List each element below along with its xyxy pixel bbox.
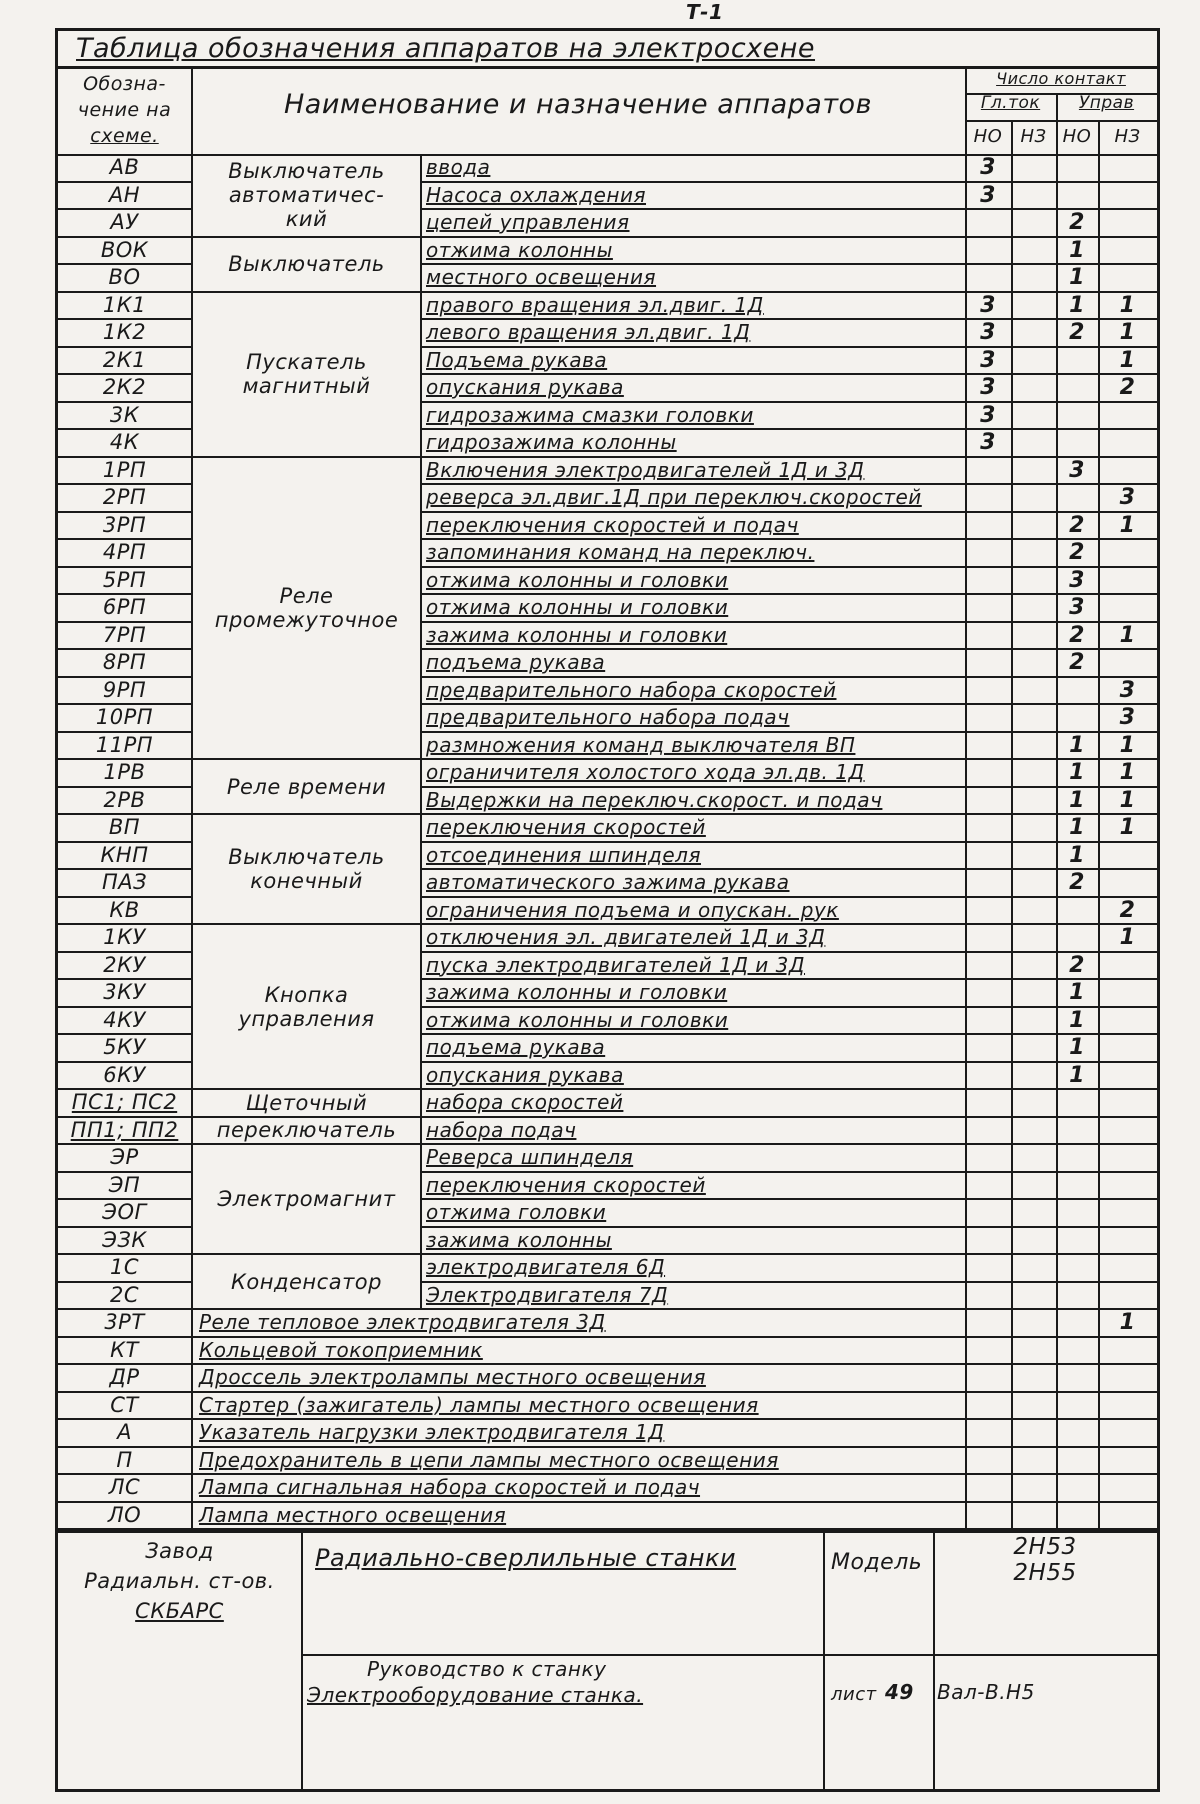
header-contact-type: НО [1056, 121, 1098, 153]
device-group-line: Щеточный [246, 1091, 367, 1115]
device-code: АУ [58, 209, 191, 237]
contact-count: 2 [1056, 649, 1098, 677]
contact-count [1056, 374, 1098, 402]
contact-count [1056, 1089, 1098, 1117]
contact-count [1056, 1117, 1098, 1145]
contact-count [1011, 1364, 1056, 1392]
contact-count [1098, 1117, 1157, 1145]
divider [191, 923, 420, 925]
device-code: ВОК [58, 237, 191, 265]
contact-count: 1 [1056, 1007, 1098, 1035]
contact-count [1098, 1199, 1157, 1227]
contact-count [1098, 1172, 1157, 1200]
divider [58, 1530, 1157, 1533]
divider [191, 813, 420, 815]
device-code: ПС1; ПС2 [58, 1089, 191, 1117]
device-group-line: Кнопка [265, 983, 349, 1007]
contact-count [965, 1502, 1011, 1530]
device-purpose: левого вращения эл.двиг. 1Д [422, 319, 965, 347]
device-group-name: Конденсатор [193, 1254, 420, 1309]
contact-count [965, 1419, 1011, 1447]
product-title: Радиально-сверлильные станки [315, 1544, 817, 1572]
device-group-line: Реле [280, 584, 334, 608]
divider [1098, 120, 1100, 154]
device-description: Реле тепловое электродвигателя 3Д [193, 1309, 965, 1337]
divider [301, 1530, 303, 1789]
contact-count: 3 [965, 182, 1011, 210]
contact-count [1011, 1144, 1056, 1172]
device-purpose: предварительного набора скоростей [422, 677, 965, 705]
device-description: Лампа местного освещения [193, 1502, 965, 1530]
contact-count [965, 842, 1011, 870]
contact-count [965, 1392, 1011, 1420]
device-purpose: Выдержки на переключ.скорост. и подач [422, 787, 965, 815]
contact-count: 1 [1056, 1062, 1098, 1090]
contact-count [965, 704, 1011, 732]
device-purpose: ограничителя холостого хода эл.дв. 1Д [422, 759, 965, 787]
contact-count [965, 1254, 1011, 1282]
contact-count [965, 512, 1011, 540]
device-group-line: Реле времени [227, 775, 386, 799]
contact-count [965, 759, 1011, 787]
contact-count [965, 732, 1011, 760]
contact-count [1056, 1419, 1098, 1447]
contact-count [1011, 264, 1056, 292]
device-code: КТ [58, 1337, 191, 1365]
divider [965, 93, 1157, 95]
apparatus-table: Таблица обозначения аппаратов на электро… [55, 28, 1160, 1792]
contact-count [965, 1117, 1011, 1145]
contact-count [1011, 1392, 1056, 1420]
contact-count [965, 539, 1011, 567]
divider [191, 1143, 420, 1145]
device-purpose: зажима колонны [422, 1227, 965, 1255]
contact-count: 1 [1056, 979, 1098, 1007]
contact-count [1011, 897, 1056, 925]
device-code: 11РП [58, 732, 191, 760]
device-purpose: отжима колонны и головки [422, 1007, 965, 1035]
device-purpose: электродвигателя 6Д [422, 1254, 965, 1282]
header-contacts-group: Число контакт [965, 69, 1157, 93]
contact-count [965, 814, 1011, 842]
contact-count: 1 [1056, 1034, 1098, 1062]
contact-count [965, 622, 1011, 650]
device-purpose: запоминания команд на переключ. [422, 539, 965, 567]
contact-count: 1 [1056, 787, 1098, 815]
device-purpose: отжима головки [422, 1199, 965, 1227]
contact-count [965, 1199, 1011, 1227]
contact-count: 2 [1056, 209, 1098, 237]
contact-count [1011, 319, 1056, 347]
contact-count [965, 1062, 1011, 1090]
contact-count: 3 [1056, 594, 1098, 622]
contact-count [1056, 1337, 1098, 1365]
contact-count: 3 [1056, 457, 1098, 485]
device-group-name: Выключательавтоматичес-кий [193, 154, 420, 237]
device-description: Дроссель электролампы местного освещения [193, 1364, 965, 1392]
device-purpose: цепей управления [422, 209, 965, 237]
model-number: 2Н53 [933, 1534, 1157, 1560]
contact-count [1098, 567, 1157, 595]
contact-count: 1 [1098, 512, 1157, 540]
device-purpose: ограничения подъема и опускан. рук [422, 897, 965, 925]
device-code: ПАЗ [58, 869, 191, 897]
contact-count [1056, 924, 1098, 952]
contact-count: 2 [1056, 869, 1098, 897]
device-purpose: правого вращения эл.двиг. 1Д [422, 292, 965, 320]
device-purpose: переключения скоростей и подач [422, 512, 965, 540]
contact-count [1011, 1254, 1056, 1282]
contact-count [1011, 237, 1056, 265]
device-code: А [58, 1419, 191, 1447]
device-group-line: управления [238, 1007, 374, 1031]
contact-count: 3 [965, 402, 1011, 430]
contact-count [1011, 1474, 1056, 1502]
plant-line: Завод [58, 1536, 301, 1566]
contact-count [1011, 402, 1056, 430]
contact-count: 3 [965, 292, 1011, 320]
model-label: Модель [831, 1550, 922, 1575]
contact-count [1011, 1034, 1056, 1062]
contact-count: 1 [1056, 237, 1098, 265]
contact-count [1098, 842, 1157, 870]
contact-count [965, 1034, 1011, 1062]
device-code: 2РП [58, 484, 191, 512]
contact-count: 3 [965, 154, 1011, 182]
contact-count [965, 1447, 1011, 1475]
contact-count [1098, 1447, 1157, 1475]
device-group-name: Электромагнит [193, 1144, 420, 1254]
contact-count [1011, 512, 1056, 540]
device-code: СТ [58, 1392, 191, 1420]
contact-count [1098, 1007, 1157, 1035]
contact-count [1056, 347, 1098, 375]
contact-count [1056, 1199, 1098, 1227]
contact-count [1098, 1364, 1157, 1392]
contact-count [1011, 1007, 1056, 1035]
contact-count [965, 1474, 1011, 1502]
device-purpose: местного освещения [422, 264, 965, 292]
contact-count [965, 1227, 1011, 1255]
contact-count: 2 [1056, 512, 1098, 540]
device-group-line: Пускатель [246, 350, 367, 374]
header-contact-type: НО [965, 121, 1011, 153]
contact-count [965, 1007, 1011, 1035]
divider [965, 69, 967, 154]
header-contact-type: НЗ [1011, 121, 1056, 153]
device-group-name: Реле времени [193, 759, 420, 814]
contact-count [1011, 484, 1056, 512]
contact-count [1098, 429, 1157, 457]
device-purpose: отключения эл. двигателей 1Д и 3Д [422, 924, 965, 952]
contact-count: 1 [1098, 759, 1157, 787]
table-title: Таблица обозначения аппаратов на электро… [58, 31, 1157, 69]
contact-count [1056, 677, 1098, 705]
contact-count [1011, 1337, 1056, 1365]
contact-count: 1 [1098, 924, 1157, 952]
sheet-mark: Т-1 [686, 0, 723, 24]
contact-count [965, 869, 1011, 897]
contact-count [965, 677, 1011, 705]
contact-count [1056, 182, 1098, 210]
contact-count: 1 [1056, 759, 1098, 787]
device-code: 5КУ [58, 1034, 191, 1062]
device-code: ЛО [58, 1502, 191, 1530]
contact-count: 3 [965, 319, 1011, 347]
device-code: ЭП [58, 1172, 191, 1200]
device-code: 3РТ [58, 1309, 191, 1337]
contact-count [1056, 897, 1098, 925]
device-group-line: кий [286, 207, 327, 231]
contact-count [1098, 209, 1157, 237]
contact-count [1011, 979, 1056, 1007]
device-code: 2С [58, 1282, 191, 1310]
contact-count [1056, 1282, 1098, 1310]
contact-count [1011, 1227, 1056, 1255]
contact-count [965, 237, 1011, 265]
device-purpose: набора скоростей [422, 1089, 965, 1117]
contact-count [1056, 1392, 1098, 1420]
contact-count [1098, 1034, 1157, 1062]
contact-count [1098, 952, 1157, 980]
contact-count: 1 [1056, 264, 1098, 292]
contact-count [1011, 704, 1056, 732]
device-code: 1КУ [58, 924, 191, 952]
device-code: ЭОГ [58, 1199, 191, 1227]
contact-count: 3 [1098, 484, 1157, 512]
device-group-line: промежуточное [215, 608, 399, 632]
divider [191, 1253, 420, 1255]
contact-count: 1 [1098, 787, 1157, 815]
device-group-line: магнитный [243, 374, 371, 398]
contact-count: 2 [1098, 374, 1157, 402]
contact-count [1098, 264, 1157, 292]
device-code: 8РП [58, 649, 191, 677]
contact-count [965, 209, 1011, 237]
contact-count [1098, 1089, 1157, 1117]
header-code-line: схеме. [58, 123, 191, 149]
device-group-line: Электромагнит [218, 1187, 396, 1211]
device-code: 6КУ [58, 1062, 191, 1090]
contact-count [1011, 814, 1056, 842]
contact-count [965, 787, 1011, 815]
contact-count: 1 [1098, 622, 1157, 650]
device-group-line: Выключатель [228, 159, 385, 183]
contact-count [1056, 1172, 1098, 1200]
contact-count: 1 [1098, 319, 1157, 347]
contact-count [1098, 402, 1157, 430]
header-contact-type: НЗ [1098, 121, 1157, 153]
plant-name: ЗаводРадиальн. ст-ов.СКБАРС [58, 1536, 301, 1626]
device-purpose: отжима колонны и головки [422, 594, 965, 622]
device-code: 5РП [58, 567, 191, 595]
contact-count [1098, 457, 1157, 485]
device-purpose: автоматического зажима рукава [422, 869, 965, 897]
device-purpose: зажима колонны и головки [422, 979, 965, 1007]
contact-count [1056, 1309, 1098, 1337]
divider [1056, 93, 1058, 154]
contact-count [1098, 1227, 1157, 1255]
contact-count [1056, 1502, 1098, 1530]
header-code-line: Обозна- [58, 71, 191, 97]
device-group-name: Кнопкауправления [193, 924, 420, 1089]
manual-line: Руководство к станку [307, 1656, 819, 1682]
device-description: Кольцевой токоприемник [193, 1337, 965, 1365]
contact-count [1098, 1474, 1157, 1502]
contact-count [1011, 1502, 1056, 1530]
device-purpose: отжима колонны [422, 237, 965, 265]
contact-count [1011, 1089, 1056, 1117]
contact-count [965, 924, 1011, 952]
contact-count [1011, 539, 1056, 567]
header-main-circuit: Гл.ток [965, 93, 1056, 119]
contact-count: 2 [1056, 952, 1098, 980]
device-code: 2КУ [58, 952, 191, 980]
contact-count [1098, 979, 1157, 1007]
contact-count [1011, 787, 1056, 815]
contact-count [1011, 649, 1056, 677]
contact-count [1098, 1144, 1157, 1172]
contact-count [965, 1282, 1011, 1310]
divider [191, 456, 420, 458]
device-purpose: пуска электродвигателей 1Д и 3Д [422, 952, 965, 980]
sheet-number: 49 [885, 1680, 914, 1704]
divider [191, 69, 193, 154]
device-code: 3РП [58, 512, 191, 540]
contact-count [1098, 1392, 1157, 1420]
contact-count [1011, 429, 1056, 457]
device-code: 2К2 [58, 374, 191, 402]
device-group-name: Релепромежуточное [193, 457, 420, 760]
device-purpose: Насоса охлаждения [422, 182, 965, 210]
plant-line: СКБАРС [58, 1596, 301, 1626]
device-code: 3КУ [58, 979, 191, 1007]
contact-count [965, 484, 1011, 512]
contact-count [1098, 649, 1157, 677]
contact-count [1011, 759, 1056, 787]
contact-count: 1 [1056, 292, 1098, 320]
device-group-line: конечный [250, 869, 363, 893]
contact-count [1011, 567, 1056, 595]
contact-count [1011, 869, 1056, 897]
manual-title: Руководство к станкуЭлектрооборудование … [307, 1656, 819, 1708]
contact-count: 3 [1098, 677, 1157, 705]
contact-count [1098, 1254, 1157, 1282]
device-code: 9РП [58, 677, 191, 705]
contact-count [965, 264, 1011, 292]
contact-count [1011, 1117, 1056, 1145]
contact-count: 1 [1098, 292, 1157, 320]
device-code: 4РП [58, 539, 191, 567]
contact-count [1011, 1062, 1056, 1090]
contact-count [1011, 677, 1056, 705]
contact-count [1098, 1062, 1157, 1090]
device-group-name: переключатель [193, 1117, 420, 1145]
contact-count [1011, 1282, 1056, 1310]
device-purpose: Подъема рукава [422, 347, 965, 375]
contact-count [965, 1364, 1011, 1392]
device-code: 4К [58, 429, 191, 457]
header-code-line: чение на [58, 97, 191, 123]
device-purpose: подъема рукава [422, 1034, 965, 1062]
device-group-line: Выключатель [228, 252, 385, 276]
device-purpose: реверса эл.двиг.1Д при переключ.скоросте… [422, 484, 965, 512]
contact-count [1098, 1502, 1157, 1530]
device-description: Предохранитель в цепи лампы местного осв… [193, 1447, 965, 1475]
contact-count: 1 [1098, 814, 1157, 842]
contact-count [1098, 154, 1157, 182]
contact-count [1056, 1144, 1098, 1172]
contact-count: 2 [1056, 622, 1098, 650]
contact-count: 3 [1098, 704, 1157, 732]
contact-count [1011, 1172, 1056, 1200]
device-group-name: Пускательмагнитный [193, 292, 420, 457]
device-purpose: переключения скоростей [422, 814, 965, 842]
device-purpose: Реверса шпинделя [422, 1144, 965, 1172]
contact-count [1056, 154, 1098, 182]
device-code: ВО [58, 264, 191, 292]
divider [191, 236, 420, 238]
contact-count [1011, 594, 1056, 622]
contact-count [965, 649, 1011, 677]
contact-count [965, 979, 1011, 1007]
contact-count [1011, 182, 1056, 210]
device-code: П [58, 1447, 191, 1475]
contact-count [1056, 1254, 1098, 1282]
device-code: ЭЗК [58, 1227, 191, 1255]
approval-stamp: Вал-В.Н5 [937, 1680, 1035, 1704]
device-code: 10РП [58, 704, 191, 732]
contact-count [1098, 869, 1157, 897]
contact-count [965, 1172, 1011, 1200]
device-code: 3К [58, 402, 191, 430]
device-description: Стартер (зажигатель) лампы местного осве… [193, 1392, 965, 1420]
contact-count: 1 [1056, 814, 1098, 842]
device-description: Лампа сигнальная набора скоростей и пода… [193, 1474, 965, 1502]
device-purpose: размножения команд выключателя ВП [422, 732, 965, 760]
contact-count [1011, 1447, 1056, 1475]
contact-count [1011, 1199, 1056, 1227]
contact-count: 2 [1056, 539, 1098, 567]
device-group-line: автоматичес- [229, 183, 384, 207]
device-code: 7РП [58, 622, 191, 650]
contact-count: 1 [1056, 732, 1098, 760]
contact-count [1011, 347, 1056, 375]
device-purpose: зажима колонны и головки [422, 622, 965, 650]
contact-count: 1 [1098, 347, 1157, 375]
contact-count [1011, 622, 1056, 650]
header-code-column: Обозна-чение насхеме. [58, 69, 191, 154]
contact-count [1011, 374, 1056, 402]
device-purpose: набора подач [422, 1117, 965, 1145]
device-code: КВ [58, 897, 191, 925]
contact-count [1011, 952, 1056, 980]
contact-count [1011, 842, 1056, 870]
device-code: ЭР [58, 1144, 191, 1172]
device-purpose: опускания рукава [422, 1062, 965, 1090]
device-purpose: отжима колонны и головки [422, 567, 965, 595]
divider [191, 1088, 420, 1090]
device-purpose: гидрозажима колонны [422, 429, 965, 457]
device-code: ВП [58, 814, 191, 842]
device-code: 2РВ [58, 787, 191, 815]
model-numbers: 2Н532Н55 [933, 1534, 1157, 1586]
device-purpose: ввода [422, 154, 965, 182]
divider [191, 291, 420, 293]
device-code: АН [58, 182, 191, 210]
contact-count [1011, 924, 1056, 952]
device-code: ПП1; ПП2 [58, 1117, 191, 1145]
